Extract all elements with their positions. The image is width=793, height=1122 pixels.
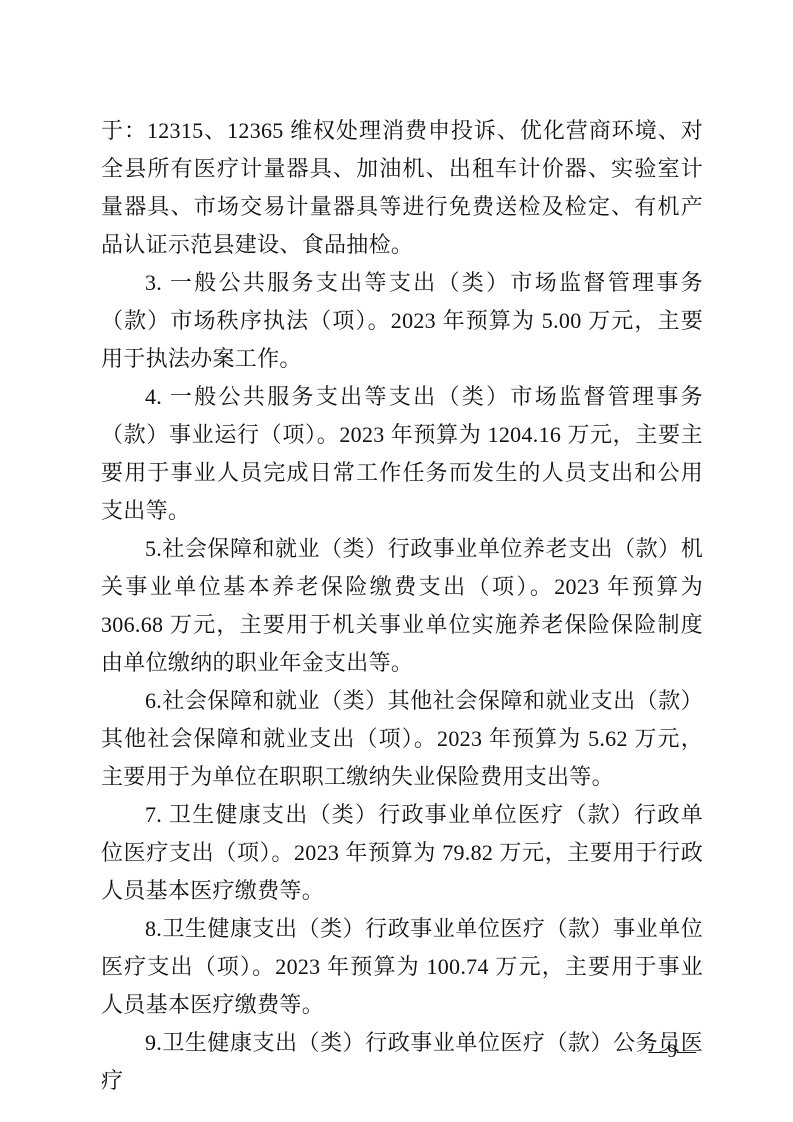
paragraph-item-6: 6.社会保障和就业（类）其他社会保障和就业支出（款）其他社会保障和就业支出（项）… (101, 682, 703, 796)
page-number: —9— (649, 1041, 697, 1063)
paragraph-item-9: 9.卫生健康支出（类）行政事业单位医疗（款）公务员医疗 (101, 1024, 703, 1100)
document-page: 于：12315、12365 维权处理消费申投诉、优化营商环境、对全县所有医疗计量… (0, 0, 793, 1122)
document-body: 于：12315、12365 维权处理消费申投诉、优化营商环境、对全县所有医疗计量… (101, 112, 703, 1100)
paragraph-item-7: 7. 卫生健康支出（类）行政事业单位医疗（款）行政单位医疗支出（项）。2023 … (101, 796, 703, 910)
paragraph-continuation: 于：12315、12365 维权处理消费申投诉、优化营商环境、对全县所有医疗计量… (101, 112, 703, 264)
paragraph-item-4: 4. 一般公共服务支出等支出（类）市场监督管理事务（款）事业运行（项）。2023… (101, 378, 703, 530)
paragraph-item-8: 8.卫生健康支出（类）行政事业单位医疗（款）事业单位医疗支出（项）。2023 年… (101, 910, 703, 1024)
paragraph-item-3: 3. 一般公共服务支出等支出（类）市场监督管理事务（款）市场秩序执法（项）。20… (101, 264, 703, 378)
paragraph-item-5: 5.社会保障和就业（类）行政事业单位养老支出（款）机关事业单位基本养老保险缴费支… (101, 530, 703, 682)
